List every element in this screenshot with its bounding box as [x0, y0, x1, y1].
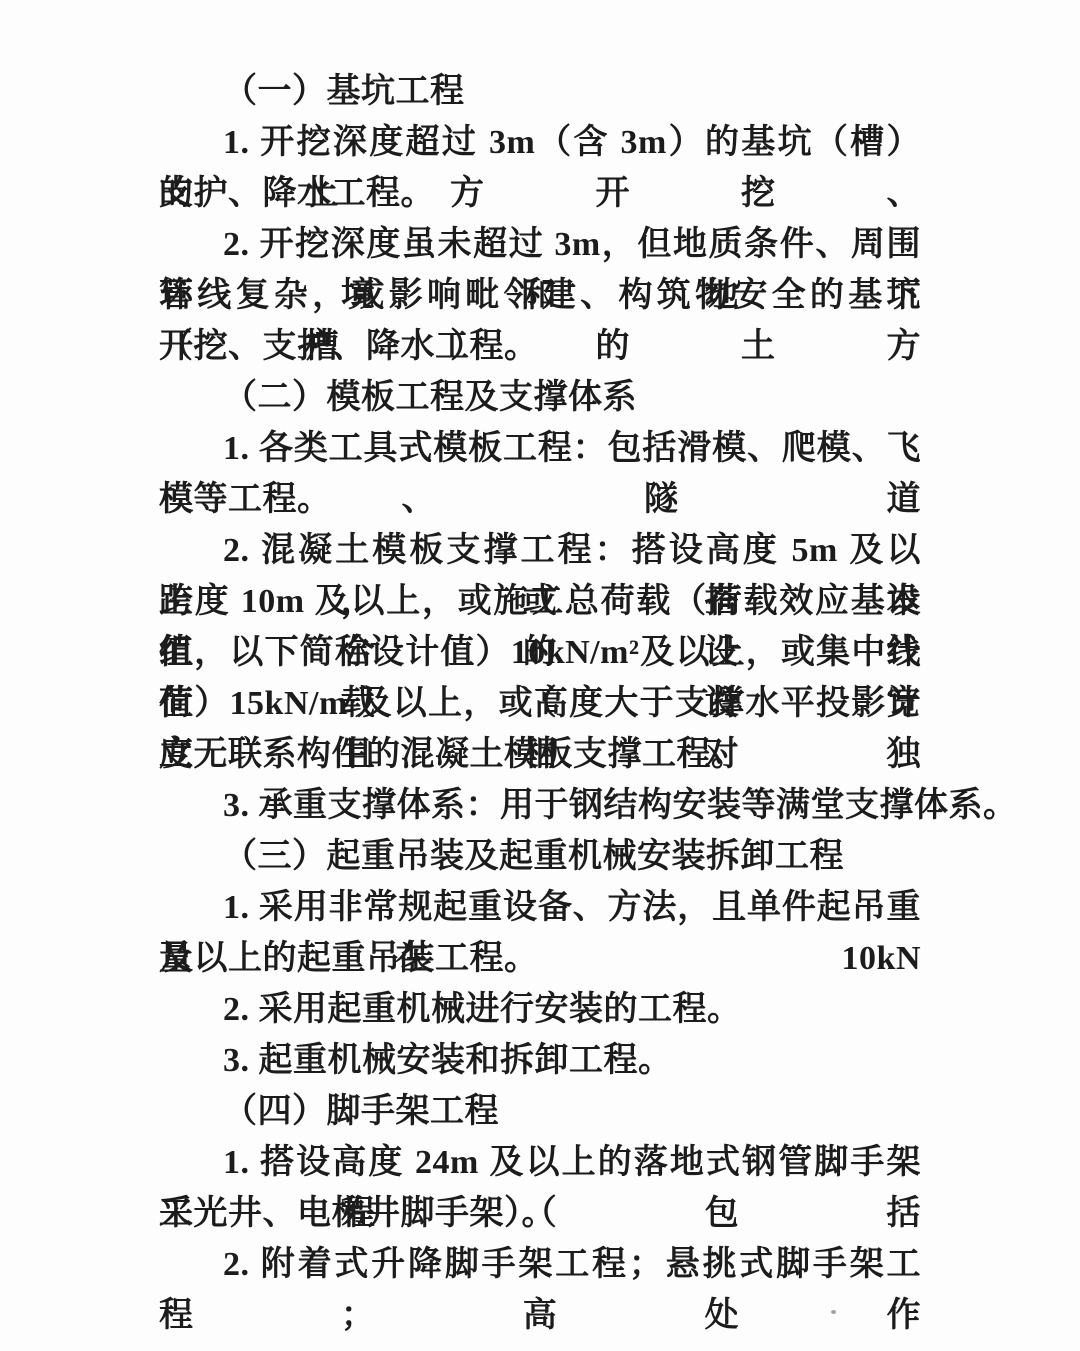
text-line: 1. 搭设高度 24m 及以上的落地式钢管脚手架工程（包括	[159, 1137, 921, 1188]
text-line: 1. 采用非常规起重设备、方法，且单件起吊重量在 10kN	[159, 882, 921, 933]
section-heading: （四）脚手架工程	[159, 1086, 921, 1137]
text-line: 管线复杂，或影响毗邻建、构筑物安全的基坑（槽）的土方	[159, 270, 921, 321]
text-line: 1. 各类工具式模板工程：包括滑模、爬模、飞模、隧道	[159, 423, 921, 474]
text-line: 2. 采用起重机械进行安装的工程。	[159, 984, 921, 1035]
section-heading: （二）模板工程及支撑体系	[159, 372, 921, 423]
section-heading: （三）起重吊装及起重机械安装拆卸工程	[159, 831, 921, 882]
text-line: 3. 承重支撑体系：用于钢结构安装等满堂支撑体系。	[159, 780, 921, 831]
scan-artifact-dot	[831, 1310, 836, 1314]
text-line: 2. 开挖深度虽未超过 3m，但地质条件、周围环境和地下	[159, 219, 921, 270]
text-line: 3. 起重机械安装和拆卸工程。	[159, 1035, 921, 1086]
text-line: 2. 附着式升降脚手架工程；悬挑式脚手架工程；高处作	[159, 1239, 921, 1290]
document-page: （一）基坑工程 1. 开挖深度超过 3m（含 3m）的基坑（槽）的土方开挖、 支…	[0, 0, 1080, 1351]
text-line: 2. 混凝土模板支撑工程：搭设高度 5m 及以上，或搭设	[159, 525, 921, 576]
text-block: （一）基坑工程 1. 开挖深度超过 3m（含 3m）的基坑（槽）的土方开挖、 支…	[159, 66, 921, 1290]
text-line: 跨度 10m 及以上，或施工总荷载（荷载效应基本组合的设计	[159, 576, 921, 627]
section-heading: （一）基坑工程	[159, 66, 921, 117]
text-line: 1. 开挖深度超过 3m（含 3m）的基坑（槽）的土方开挖、	[159, 117, 921, 168]
text-line: 值）15kN/m 及以上，或高度大于支撑水平投影宽度且相对独	[159, 678, 921, 729]
text-line: 值，以下简称设计值）10kN/m²及以上，或集中线荷载（设计	[159, 627, 921, 678]
